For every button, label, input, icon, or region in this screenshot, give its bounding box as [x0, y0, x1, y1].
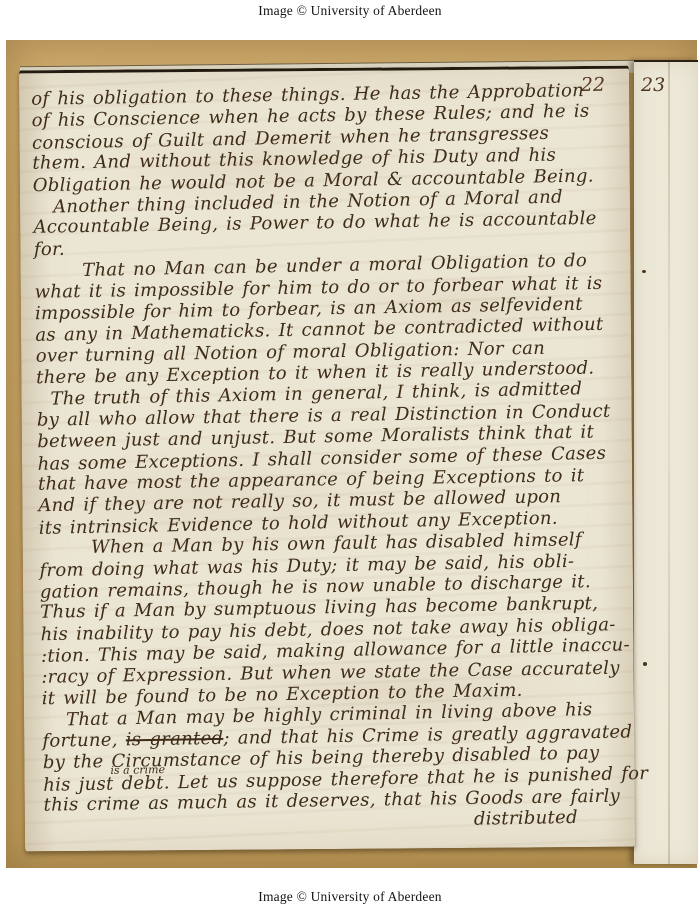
copyright-caption-bottom: Image © University of Aberdeen [0, 889, 700, 905]
line-segment: fortune, [42, 729, 126, 751]
manuscript-text: of his obligation to these things. He ha… [31, 79, 636, 838]
manuscript-photo: 23 22 of his obligation to these things.… [6, 40, 697, 868]
page-crease [668, 62, 670, 864]
interlinear-insertion: is a crime [110, 763, 165, 777]
copyright-caption-top: Image © University of Aberdeen [0, 3, 700, 19]
adjacent-page-edge: 23 [634, 60, 698, 864]
paper-speck [642, 270, 646, 273]
paper-speck [643, 662, 647, 666]
line-segment: for. [34, 238, 65, 260]
folio-number-23: 23 [641, 74, 665, 96]
struck-text: is granted [126, 728, 224, 751]
line-segment: distributed [474, 807, 578, 830]
manuscript-page: 22 of his obligation to these things. He… [19, 66, 635, 852]
